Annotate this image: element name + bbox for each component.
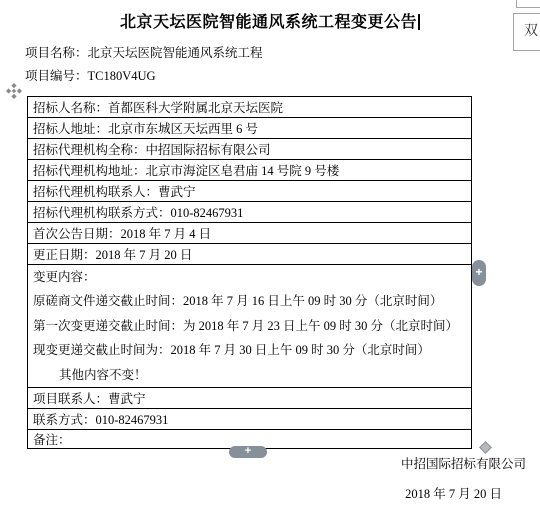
table-row: 招标代理机构联系方式：010-82467931	[28, 202, 472, 223]
cell-change-content[interactable]: 变更内容： 原磋商文件递交截止时间：2018 年 7 月 16 日上午 09 时…	[28, 265, 472, 388]
clipped-corner-button-label: 双	[524, 24, 538, 39]
table-resize-grip[interactable]	[479, 441, 492, 454]
table-row: 招标代理机构全称：中招国际招标有限公司	[28, 139, 472, 160]
move-cross-icon	[6, 83, 22, 99]
project-code-line: 项目编号：TC180V4UG	[25, 66, 156, 84]
change-line-current-deadline: 现变更递交截止时间为：2018 年 7 月 30 日上午 09 时 30 分（北…	[33, 338, 469, 362]
text-cursor	[418, 14, 420, 30]
footer-company: 中招国际招标有限公司	[0, 454, 526, 472]
page-title: 北京天坛医院智能通风系统工程变更公告	[0, 9, 540, 32]
page-title-text: 北京天坛医院智能通风系统工程变更公告	[120, 14, 417, 31]
table-row: 招标人名称：首都医科大学附属北京天坛医院	[28, 97, 472, 118]
project-name-line: 项目名称：北京天坛医院智能通风系统工程	[25, 43, 263, 61]
table-row: 招标人地址：北京市东城区天坛西里 6 号	[28, 118, 472, 139]
announcement-table: 招标人名称：首都医科大学附属北京天坛医院 招标人地址：北京市东城区天坛西里 6 …	[27, 96, 472, 449]
cell-bidder-name[interactable]: 招标人名称：首都医科大学附属北京天坛医院	[28, 97, 472, 118]
plus-icon: +	[475, 265, 482, 279]
table-row: 联系方式：010-82467931	[28, 408, 472, 429]
table-row: 首次公告日期：2018 年 7 月 4 日	[28, 223, 472, 244]
table-row: 更正日期：2018 年 7 月 20 日	[28, 244, 472, 265]
clipped-toolbar-box[interactable]	[516, 0, 540, 8]
table-row: 项目联系人：曹武宁	[28, 387, 472, 408]
cell-agency-phone[interactable]: 招标代理机构联系方式：010-82467931	[28, 202, 472, 223]
change-line-first-change: 第一次变更递交截止时间：为 2018 年 7 月 23 日上午 09 时 30 …	[33, 314, 469, 338]
document-page: { "header": { "title": "北京天坛医院智能通风系统工程变更…	[0, 0, 540, 510]
change-content-label: 变更内容：	[33, 265, 469, 289]
add-column-button[interactable]: +	[472, 260, 486, 286]
table-row: 招标代理机构联系人：曹武宁	[28, 181, 472, 202]
cell-bidder-address[interactable]: 招标人地址：北京市东城区天坛西里 6 号	[28, 118, 472, 139]
table-row: 招标代理机构地址：北京市海淀区皂君庙 14 号院 9 号楼	[28, 160, 472, 181]
change-line-original-deadline: 原磋商文件递交截止时间：2018 年 7 月 16 日上午 09 时 30 分（…	[33, 289, 469, 313]
cell-first-announce-date[interactable]: 首次公告日期：2018 年 7 月 4 日	[28, 223, 472, 244]
cell-agency-name[interactable]: 招标代理机构全称：中招国际招标有限公司	[28, 139, 472, 160]
cell-project-contact[interactable]: 项目联系人：曹武宁	[28, 387, 472, 408]
table-move-handle[interactable]	[6, 83, 22, 99]
table-row: 变更内容： 原磋商文件递交截止时间：2018 年 7 月 16 日上午 09 时…	[28, 265, 472, 388]
cell-contact-phone[interactable]: 联系方式：010-82467931	[28, 408, 472, 429]
clipped-corner-button[interactable]: 双	[513, 13, 540, 51]
cell-agency-address[interactable]: 招标代理机构地址：北京市海淀区皂君庙 14 号院 9 号楼	[28, 160, 472, 181]
cell-agency-contact[interactable]: 招标代理机构联系人：曹武宁	[28, 181, 472, 202]
cell-correction-date[interactable]: 更正日期：2018 年 7 月 20 日	[28, 244, 472, 265]
footer-date: 2018 年 7 月 20 日	[0, 484, 502, 502]
change-line-others-unchanged: 其他内容不变！	[33, 363, 469, 387]
